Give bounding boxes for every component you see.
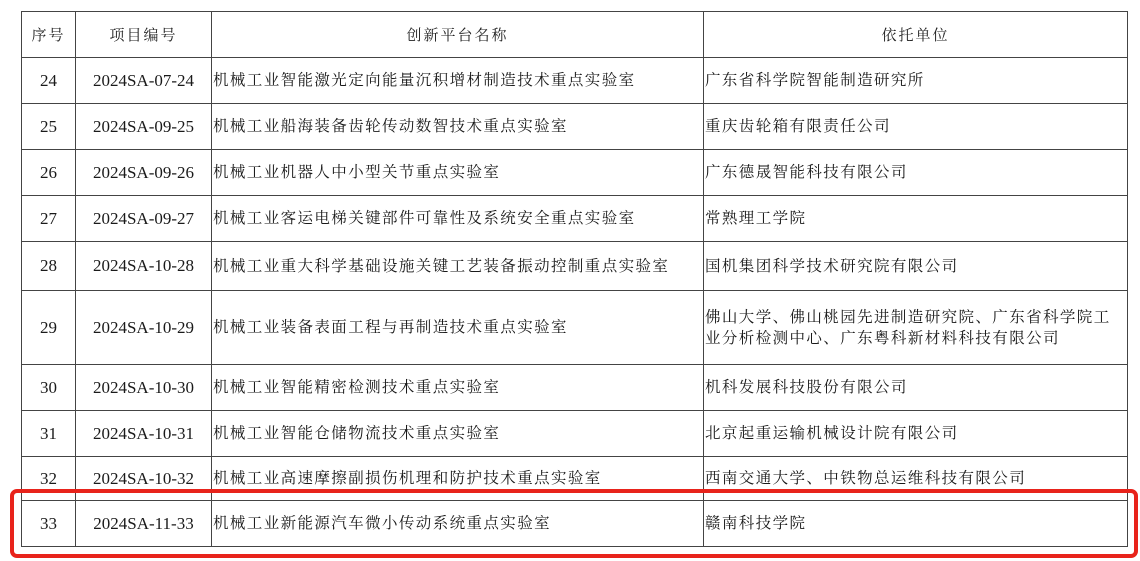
cell-host-unit: 国机集团科学技术研究院有限公司 [704, 242, 1128, 291]
cell-serial-no: 28 [22, 242, 76, 291]
cell-platform-name: 机械工业新能源汽车微小传动系统重点实验室 [212, 501, 704, 547]
cell-host-unit: 机科发展科技股份有限公司 [704, 365, 1128, 411]
header-serial-no: 序号 [22, 12, 76, 58]
cell-serial-no: 27 [22, 196, 76, 242]
cell-serial-no: 31 [22, 411, 76, 457]
table-header-row: 序号 项目编号 创新平台名称 依托单位 [22, 12, 1128, 58]
cell-host-unit: 西南交通大学、中铁物总运维科技有限公司 [704, 457, 1128, 501]
cell-project-code: 2024SA-07-24 [76, 58, 212, 104]
table-row: 28 2024SA-10-28 机械工业重大科学基础设施关键工艺装备振动控制重点… [22, 242, 1128, 291]
cell-host-unit: 重庆齿轮箱有限责任公司 [704, 104, 1128, 150]
cell-platform-name: 机械工业重大科学基础设施关键工艺装备振动控制重点实验室 [212, 242, 704, 291]
cell-host-unit: 常熟理工学院 [704, 196, 1128, 242]
cell-serial-no: 25 [22, 104, 76, 150]
table-row: 27 2024SA-09-27 机械工业客运电梯关键部件可靠性及系统安全重点实验… [22, 196, 1128, 242]
cell-host-unit: 赣南科技学院 [704, 501, 1128, 547]
cell-platform-name: 机械工业船海装备齿轮传动数智技术重点实验室 [212, 104, 704, 150]
cell-project-code: 2024SA-09-26 [76, 150, 212, 196]
cell-host-unit: 广东省科学院智能制造研究所 [704, 58, 1128, 104]
cell-project-code: 2024SA-09-25 [76, 104, 212, 150]
cell-serial-no: 29 [22, 291, 76, 365]
table-row-highlighted: 33 2024SA-11-33 机械工业新能源汽车微小传动系统重点实验室 赣南科… [22, 501, 1128, 547]
cell-project-code: 2024SA-09-27 [76, 196, 212, 242]
cell-serial-no: 32 [22, 457, 76, 501]
table-row: 32 2024SA-10-32 机械工业高速摩擦副损伤机理和防护技术重点实验室 … [22, 457, 1128, 501]
cell-host-unit: 北京起重运输机械设计院有限公司 [704, 411, 1128, 457]
table-row: 25 2024SA-09-25 机械工业船海装备齿轮传动数智技术重点实验室 重庆… [22, 104, 1128, 150]
cell-host-unit: 广东德晟智能科技有限公司 [704, 150, 1128, 196]
table-row: 26 2024SA-09-26 机械工业机器人中小型关节重点实验室 广东德晟智能… [22, 150, 1128, 196]
cell-host-unit: 佛山大学、佛山桃园先进制造研究院、广东省科学院工业分析检测中心、广东粤科新材料科… [704, 291, 1128, 365]
cell-project-code: 2024SA-10-29 [76, 291, 212, 365]
cell-platform-name: 机械工业智能激光定向能量沉积增材制造技术重点实验室 [212, 58, 704, 104]
table-row: 29 2024SA-10-29 机械工业装备表面工程与再制造技术重点实验室 佛山… [22, 291, 1128, 365]
cell-platform-name: 机械工业装备表面工程与再制造技术重点实验室 [212, 291, 704, 365]
table-row: 31 2024SA-10-31 机械工业智能仓储物流技术重点实验室 北京起重运输… [22, 411, 1128, 457]
header-project-code: 项目编号 [76, 12, 212, 58]
cell-serial-no: 30 [22, 365, 76, 411]
cell-project-code: 2024SA-11-33 [76, 501, 212, 547]
lab-list-table-container: 序号 项目编号 创新平台名称 依托单位 24 2024SA-07-24 机械工业… [21, 11, 1127, 547]
key-lab-table: 序号 项目编号 创新平台名称 依托单位 24 2024SA-07-24 机械工业… [21, 11, 1128, 547]
cell-project-code: 2024SA-10-28 [76, 242, 212, 291]
cell-project-code: 2024SA-10-31 [76, 411, 212, 457]
table-row: 30 2024SA-10-30 机械工业智能精密检测技术重点实验室 机科发展科技… [22, 365, 1128, 411]
cell-platform-name: 机械工业智能仓储物流技术重点实验室 [212, 411, 704, 457]
cell-project-code: 2024SA-10-32 [76, 457, 212, 501]
table-row: 24 2024SA-07-24 机械工业智能激光定向能量沉积增材制造技术重点实验… [22, 58, 1128, 104]
cell-serial-no: 24 [22, 58, 76, 104]
cell-platform-name: 机械工业客运电梯关键部件可靠性及系统安全重点实验室 [212, 196, 704, 242]
header-platform-name: 创新平台名称 [212, 12, 704, 58]
header-host-unit: 依托单位 [704, 12, 1128, 58]
cell-serial-no: 26 [22, 150, 76, 196]
cell-project-code: 2024SA-10-30 [76, 365, 212, 411]
cell-serial-no: 33 [22, 501, 76, 547]
cell-platform-name: 机械工业机器人中小型关节重点实验室 [212, 150, 704, 196]
cell-platform-name: 机械工业智能精密检测技术重点实验室 [212, 365, 704, 411]
cell-platform-name: 机械工业高速摩擦副损伤机理和防护技术重点实验室 [212, 457, 704, 501]
